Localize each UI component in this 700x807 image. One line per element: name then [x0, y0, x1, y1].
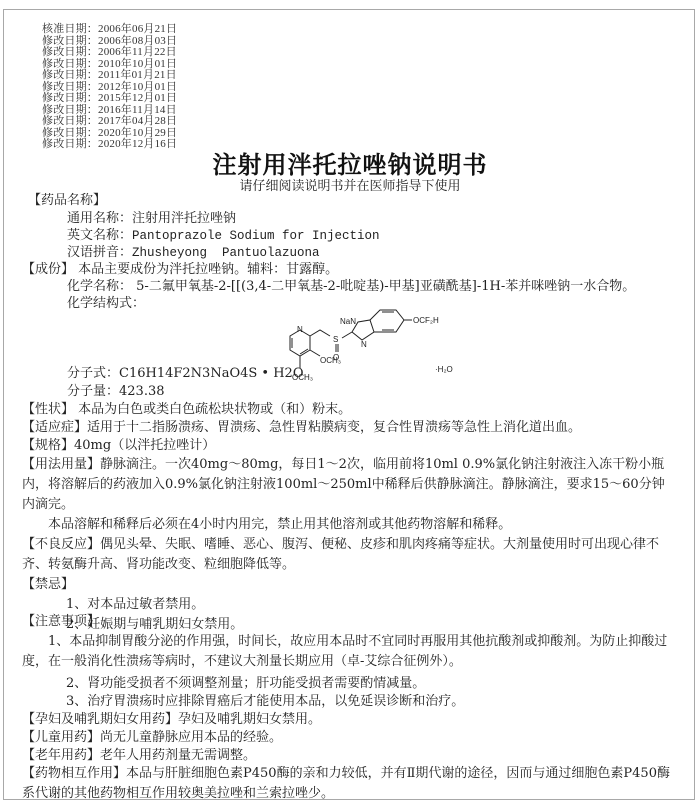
structure-hydrate-label: ·H₂O	[435, 365, 453, 374]
section-heading-composition: 【成份】	[22, 262, 74, 277]
molecular-formula: 分子式：C16H14F2N3NaO4S • H2O	[67, 366, 303, 382]
adverse-reactions: 【不良反应】偶见头晕、失眠、嗜睡、恶心、腹泻、便秘、皮疹和肌肉疼痛等症状。大剂量…	[22, 535, 676, 575]
dosage-note: 本品溶解和稀释后必须在4小时内用完，禁止用其他溶剂或其他药物溶解和稀释。	[22, 515, 676, 535]
section-heading-pediatric: 【儿童用药】	[22, 730, 100, 745]
document-subtitle: 请仔细阅读说明书并在医师指导下使用	[0, 175, 700, 194]
section-heading-adverse: 【不良反应】	[22, 537, 100, 552]
section-heading-contraindications: 【禁忌】	[22, 577, 74, 593]
formula-value: C16H14F2N3NaO4S • H2O	[119, 366, 303, 381]
pinyin-name: 汉语拼音：Zhusheyong Pantuolazuona	[67, 245, 320, 261]
contraindication-item: 1、对本品过敏者禁用。	[66, 597, 204, 613]
section-heading-drug-name: 【药品名称】	[28, 193, 106, 209]
properties: 【性状】 本品为白色或类白色疏松块状物或（和）粉末。	[22, 402, 351, 418]
precaution-item: 3、治疗胃溃疡时应排除胃癌后才能使用本品，以免延误诊断和治疗。	[66, 694, 464, 710]
pregnancy: 【孕妇及哺乳期妇女用药】孕妇及哺乳期妇女禁用。	[22, 712, 321, 728]
molecular-weight: 分子量：423.38	[67, 384, 165, 400]
section-heading-indications: 【适应症】	[22, 420, 87, 435]
generic-name: 通用名称：注射用泮托拉唑钠	[67, 211, 236, 227]
chemical-name: 化学名称： 5-二氟甲氧基-2-[[(3,4-二甲氧基-2-吡啶基)-甲基]亚磺…	[67, 279, 635, 295]
dosage: 【用法用量】静脉滴注。一次40mg～80mg，每日1～2次，临用前将10ml 0…	[22, 455, 676, 515]
specification: 【规格】40mg（以泮托拉唑计）	[22, 438, 215, 454]
section-heading-interactions: 【药物相互作用】	[22, 766, 126, 781]
structure-label: 化学结构式：	[67, 296, 145, 312]
structure-nan-label: NaN	[340, 317, 356, 326]
section-heading-precautions: 【注意事项】	[22, 614, 100, 630]
geriatric: 【老年用药】老年人用药剂量无需调整。	[22, 748, 256, 764]
english-name: 英文名称：Pantoprazole Sodium for Injection	[67, 228, 380, 244]
structure-n-label: N	[297, 325, 303, 334]
pediatric: 【儿童用药】尚无儿童静脉应用本品的经验。	[22, 730, 282, 746]
section-heading-geriatric: 【老年用药】	[22, 748, 100, 763]
revision-dates: 核准日期：2006年06月21日 修改日期：2006年08月03日 修改日期：2…	[42, 24, 177, 151]
structure-och3-a-label: OCH₃	[320, 356, 341, 365]
section-heading-pregnancy: 【孕妇及哺乳期妇女用药】	[22, 712, 178, 727]
section-heading-properties: 【性状】	[22, 402, 74, 417]
section-heading-specification: 【规格】	[22, 438, 74, 453]
indications: 【适应症】适用于十二指肠溃疡、胃溃疡、急性胃粘膜病变，复合性胃溃疡等急性上消化道…	[22, 420, 581, 436]
drug-interactions: 【药物相互作用】本品与肝脏细胞色素P450酶的亲和力较低，并有Ⅱ期代谢的途径，因…	[22, 764, 676, 804]
structure-n2-label: N	[361, 340, 367, 349]
section-heading-dosage: 【用法用量】	[22, 457, 100, 472]
precaution-item: 1、本品抑制胃酸分泌的作用强，时间长，故应用本品时不宜同时再服用其他抗酸剂或抑酸…	[22, 632, 676, 672]
composition: 【成份】 本品主要成份为泮托拉唑钠。辅料：甘露醇。	[22, 262, 338, 278]
structure-ocf2h-label: OCF₂H	[413, 316, 439, 325]
structure-s-label: S	[333, 335, 338, 344]
precaution-item: 2、肾功能受损者不须调整剂量；肝功能受损者需要酌情减量。	[66, 676, 425, 692]
